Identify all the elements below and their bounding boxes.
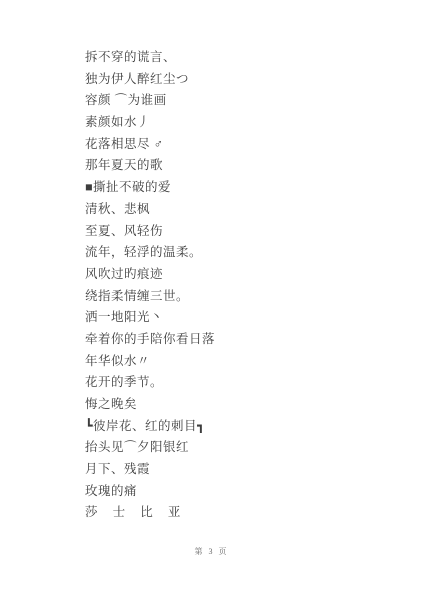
- page-number: 第 3 页: [0, 546, 423, 557]
- text-line: 流年，轻浮的温柔。: [85, 242, 403, 264]
- text-line: 抬头见⌒夕阳银红: [85, 437, 403, 459]
- text-line: 年华似水〃: [85, 351, 403, 373]
- text-line: 花落相思尽 ♂: [85, 134, 403, 156]
- document-page: 拆不穿的谎言、独为伊人醉红尘つ容颜 ⌒为谁画素颜如水丿花落相思尽 ♂那年夏天的歌…: [0, 0, 423, 600]
- text-lines-container: 拆不穿的谎言、独为伊人醉红尘つ容颜 ⌒为谁画素颜如水丿花落相思尽 ♂那年夏天的歌…: [85, 47, 403, 524]
- text-line: 悔之晚矣: [85, 394, 403, 416]
- text-line: 花开的季节。: [85, 372, 403, 394]
- text-line: 拆不穿的谎言、: [85, 47, 403, 69]
- text-line: 容颜 ⌒为谁画: [85, 90, 403, 112]
- text-line: 玫瑰的痛: [85, 481, 403, 503]
- text-line: 清秋、悲枫: [85, 199, 403, 221]
- text-line: 洒一地阳光丶: [85, 307, 403, 329]
- text-line: 至夏、风轻伤: [85, 221, 403, 243]
- text-line: 独为伊人醉红尘つ: [85, 69, 403, 91]
- text-line: ┗彼岸花、红的刺目┓: [85, 416, 403, 438]
- text-line: 莎 士 比 亚: [85, 502, 403, 524]
- text-line: 月下、残霞: [85, 459, 403, 481]
- text-line: 牵着你的手陪你看日落: [85, 329, 403, 351]
- text-line: 素颜如水丿: [85, 112, 403, 134]
- text-line: ■撕扯不破的爱: [85, 177, 403, 199]
- text-line: 那年夏天的歌: [85, 155, 403, 177]
- text-line: 绕指柔情缠三世。: [85, 286, 403, 308]
- text-line: 风吹过旳痕迹: [85, 264, 403, 286]
